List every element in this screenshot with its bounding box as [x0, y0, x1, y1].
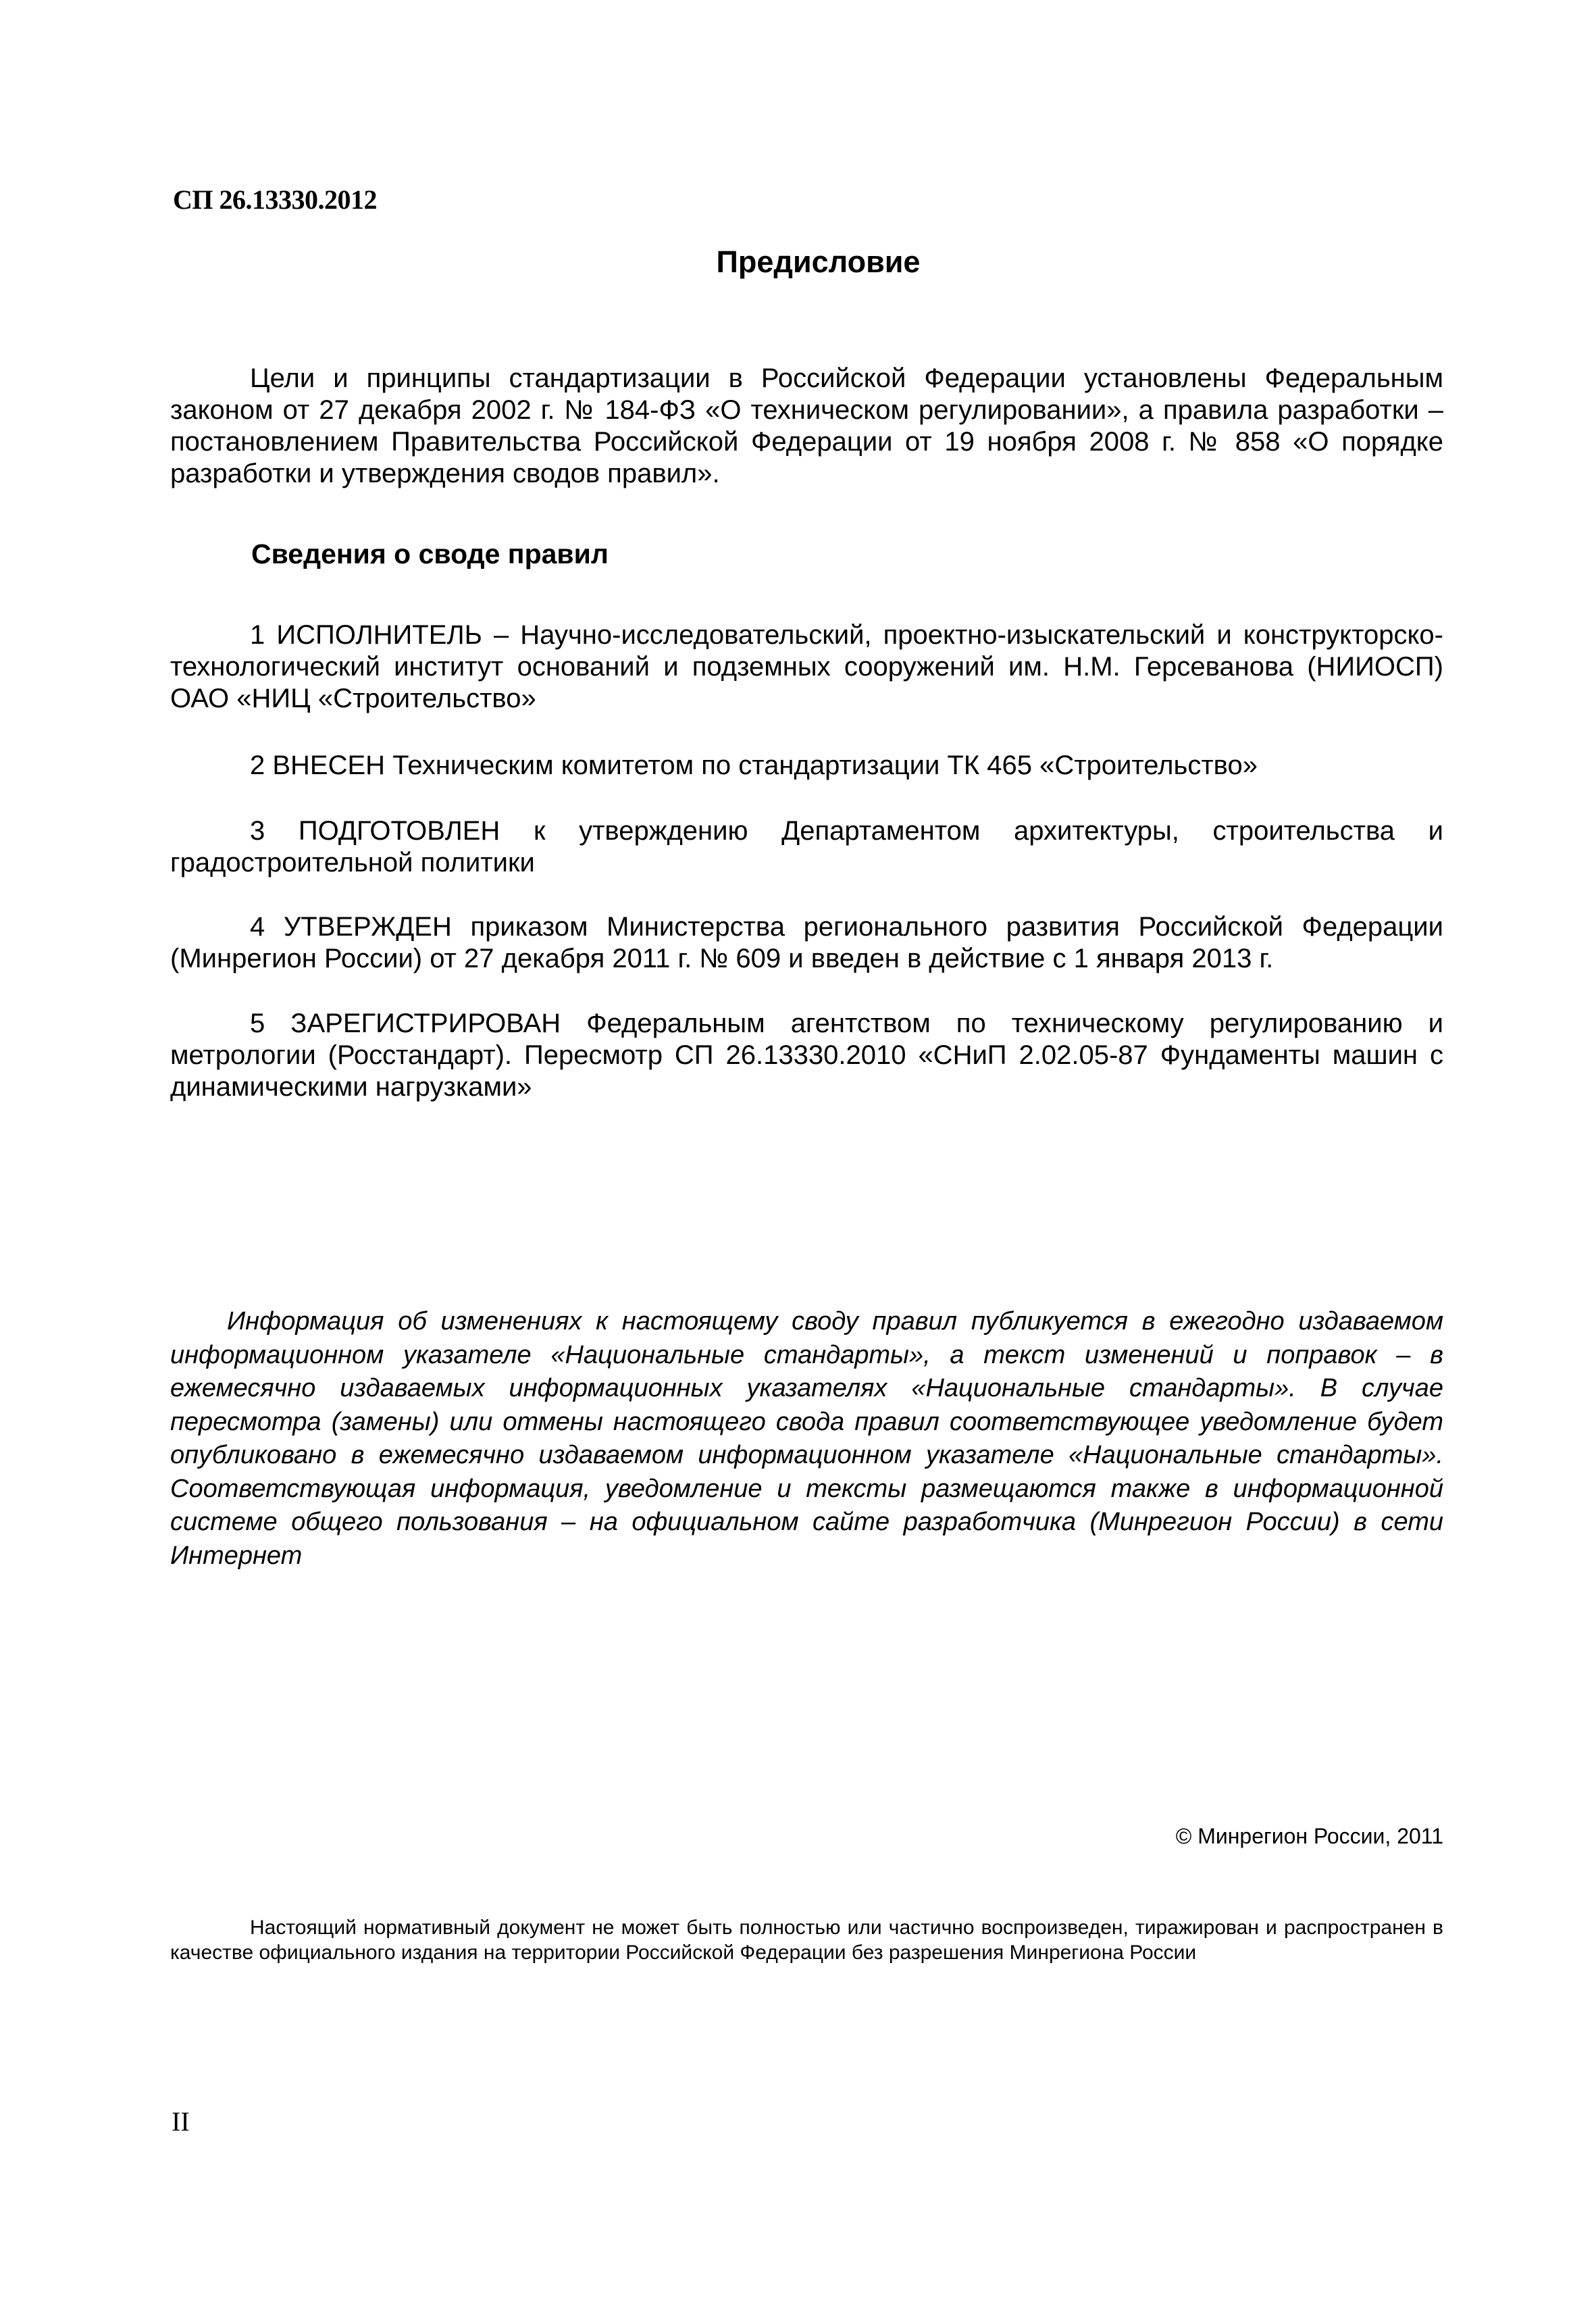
detail-item-lead: 4 УТВЕРЖДЕН [250, 912, 452, 942]
document-page: СП 26.13330.2012 Предисловие Цели и прин… [0, 0, 1596, 2313]
detail-item-text: Техническим комитетом по стандартизации … [385, 751, 1258, 780]
detail-item-lead: 3 ПОДГОТОВЛЕН [250, 816, 500, 846]
detail-item-lead: 1 ИСПОЛНИТЕЛЬ [250, 620, 482, 650]
intro-paragraph: Цели и принципы стандартизации в Российс… [170, 363, 1443, 490]
legal-notice: Настоящий нормативный документ не может … [170, 1915, 1443, 1965]
document-code: СП 26.13330.2012 [173, 184, 377, 215]
detail-item-lead: 5 ЗАРЕГИСТРИРОВАН [250, 1009, 561, 1038]
detail-item-lead: 2 ВНЕСЕН [250, 751, 385, 780]
section-heading: Сведения о своде правил [251, 538, 609, 570]
page-title: Предисловие [0, 245, 1596, 280]
detail-item-3: 3 ПОДГОТОВЛЕН к утверждению Департаменто… [170, 815, 1443, 879]
detail-item-2: 2 ВНЕСЕН Техническим комитетом по станда… [170, 750, 1443, 782]
detail-item-4: 4 УТВЕРЖДЕН приказом Министерства регион… [170, 911, 1443, 975]
page-number: II [172, 2106, 190, 2137]
detail-item-1: 1 ИСПОЛНИТЕЛЬ – Научно-исследовательский… [170, 619, 1443, 715]
detail-item-5: 5 ЗАРЕГИСТРИРОВАН Федеральным агентством… [170, 1008, 1443, 1103]
changes-notice: Информация об изменениях к настоящему св… [170, 1305, 1443, 1573]
copyright: © Минрегион России, 2011 [1176, 1824, 1443, 1849]
